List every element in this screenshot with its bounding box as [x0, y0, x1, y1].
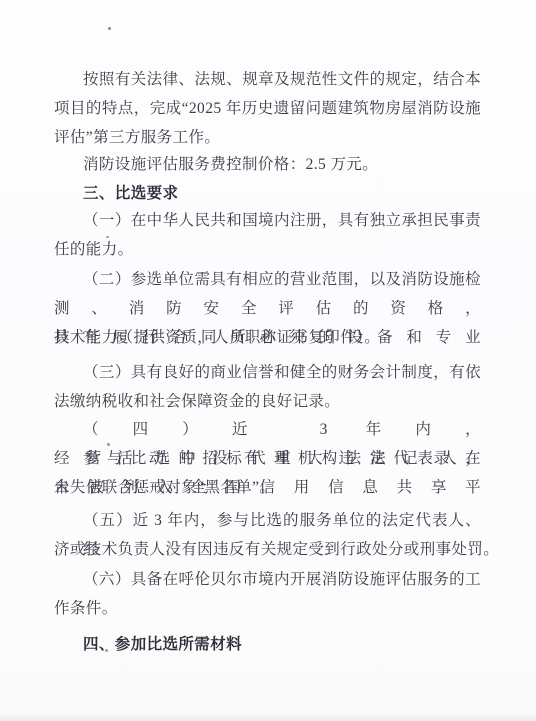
paragraph: （三）具有良好的商业信誉和健全的财务会计制度，有依法缴纳税收和社会保障资金的良好… — [54, 358, 481, 416]
text-line: 按照有关法律、法规、规章及规范性文件的规定，结合本 — [54, 65, 481, 94]
document-body: 按照有关法律、法规、规章及规范性文件的规定，结合本项目的特点，完成“2025 年… — [54, 0, 481, 721]
section-heading: 三、比选要求 — [54, 179, 481, 208]
text-line: 项目的特点，完成“2025 年历史遗留问题建筑物房屋消防设施 — [54, 94, 481, 123]
document-page: 按照有关法律、法规、规章及规范性文件的规定，结合本项目的特点，完成“2025 年… — [0, 0, 536, 721]
text-line: （三）具有良好的商业信誉和健全的财务会计制度，有依 — [54, 358, 481, 387]
text-line: （二）参选单位需具有相应的营业范围，以及消防设施检 — [54, 265, 481, 294]
scan-speck — [106, 236, 109, 238]
scan-edge-shadow — [0, 712, 536, 721]
text-line: （五）近 3 年内，参与比选的服务单位的法定代表人、经 — [54, 506, 481, 535]
text-line: （六）具备在呼伦贝尔市境内开展消防设施评估服务的工 — [54, 565, 481, 594]
text-line: 评估”第三方服务工作。 — [54, 123, 481, 152]
scan-speck — [105, 649, 108, 652]
text-line: （四）近 3 年内，参与比选的招标代理机构法定代表人在 — [54, 415, 481, 444]
text-line: 四、参加比选所需材料 — [54, 630, 481, 659]
paragraph: （二）参选单位需具有相应的营业范围，以及消防设施检测、消防安全评估的资格，具有履… — [54, 265, 481, 352]
text-line: 经营活动中没有重大违法记录，未被列入全国信用信息共享平 — [54, 444, 481, 473]
text-line: 作条件。 — [54, 594, 481, 623]
text-line: 测、消防安全评估的资格，具有履行合同所必须的设备和专业 — [54, 294, 481, 323]
text-line: （一）在中华人民共和国境内注册，具有独立承担民事责 — [54, 206, 481, 235]
paragraph: （一）在中华人民共和国境内注册，具有独立承担民事责任的能力。 — [54, 206, 481, 264]
paragraph: 消防设施评估服务费控制价格：2.5 万元。 — [54, 150, 481, 179]
scan-speck — [107, 443, 110, 446]
paragraph: 按照有关法律、法规、规章及规范性文件的规定，结合本项目的特点，完成“2025 年… — [54, 65, 481, 152]
text-line: 三、比选要求 — [54, 179, 481, 208]
text-line: 任的能力。 — [54, 235, 481, 264]
text-line: 消防设施评估服务费控制价格：2.5 万元。 — [54, 150, 481, 179]
text-line: 法缴纳税收和社会保障资金的良好记录。 — [54, 387, 481, 416]
paragraph: （六）具备在呼伦贝尔市境内开展消防设施评估服务的工作条件。 — [54, 565, 481, 623]
paragraph: （四）近 3 年内，参与比选的招标代理机构法定代表人在经营活动中没有重大违法记录… — [54, 415, 481, 502]
paragraph: （五）近 3 年内，参与比选的服务单位的法定代表人、经济或技术负责人没有因违反有… — [54, 506, 481, 564]
scan-speck — [108, 27, 111, 30]
section-heading: 四、参加比选所需材料 — [54, 630, 481, 659]
text-line: 济或技术负责人没有因违反有关规定受到行政处分或刑事处罚。 — [54, 535, 481, 564]
